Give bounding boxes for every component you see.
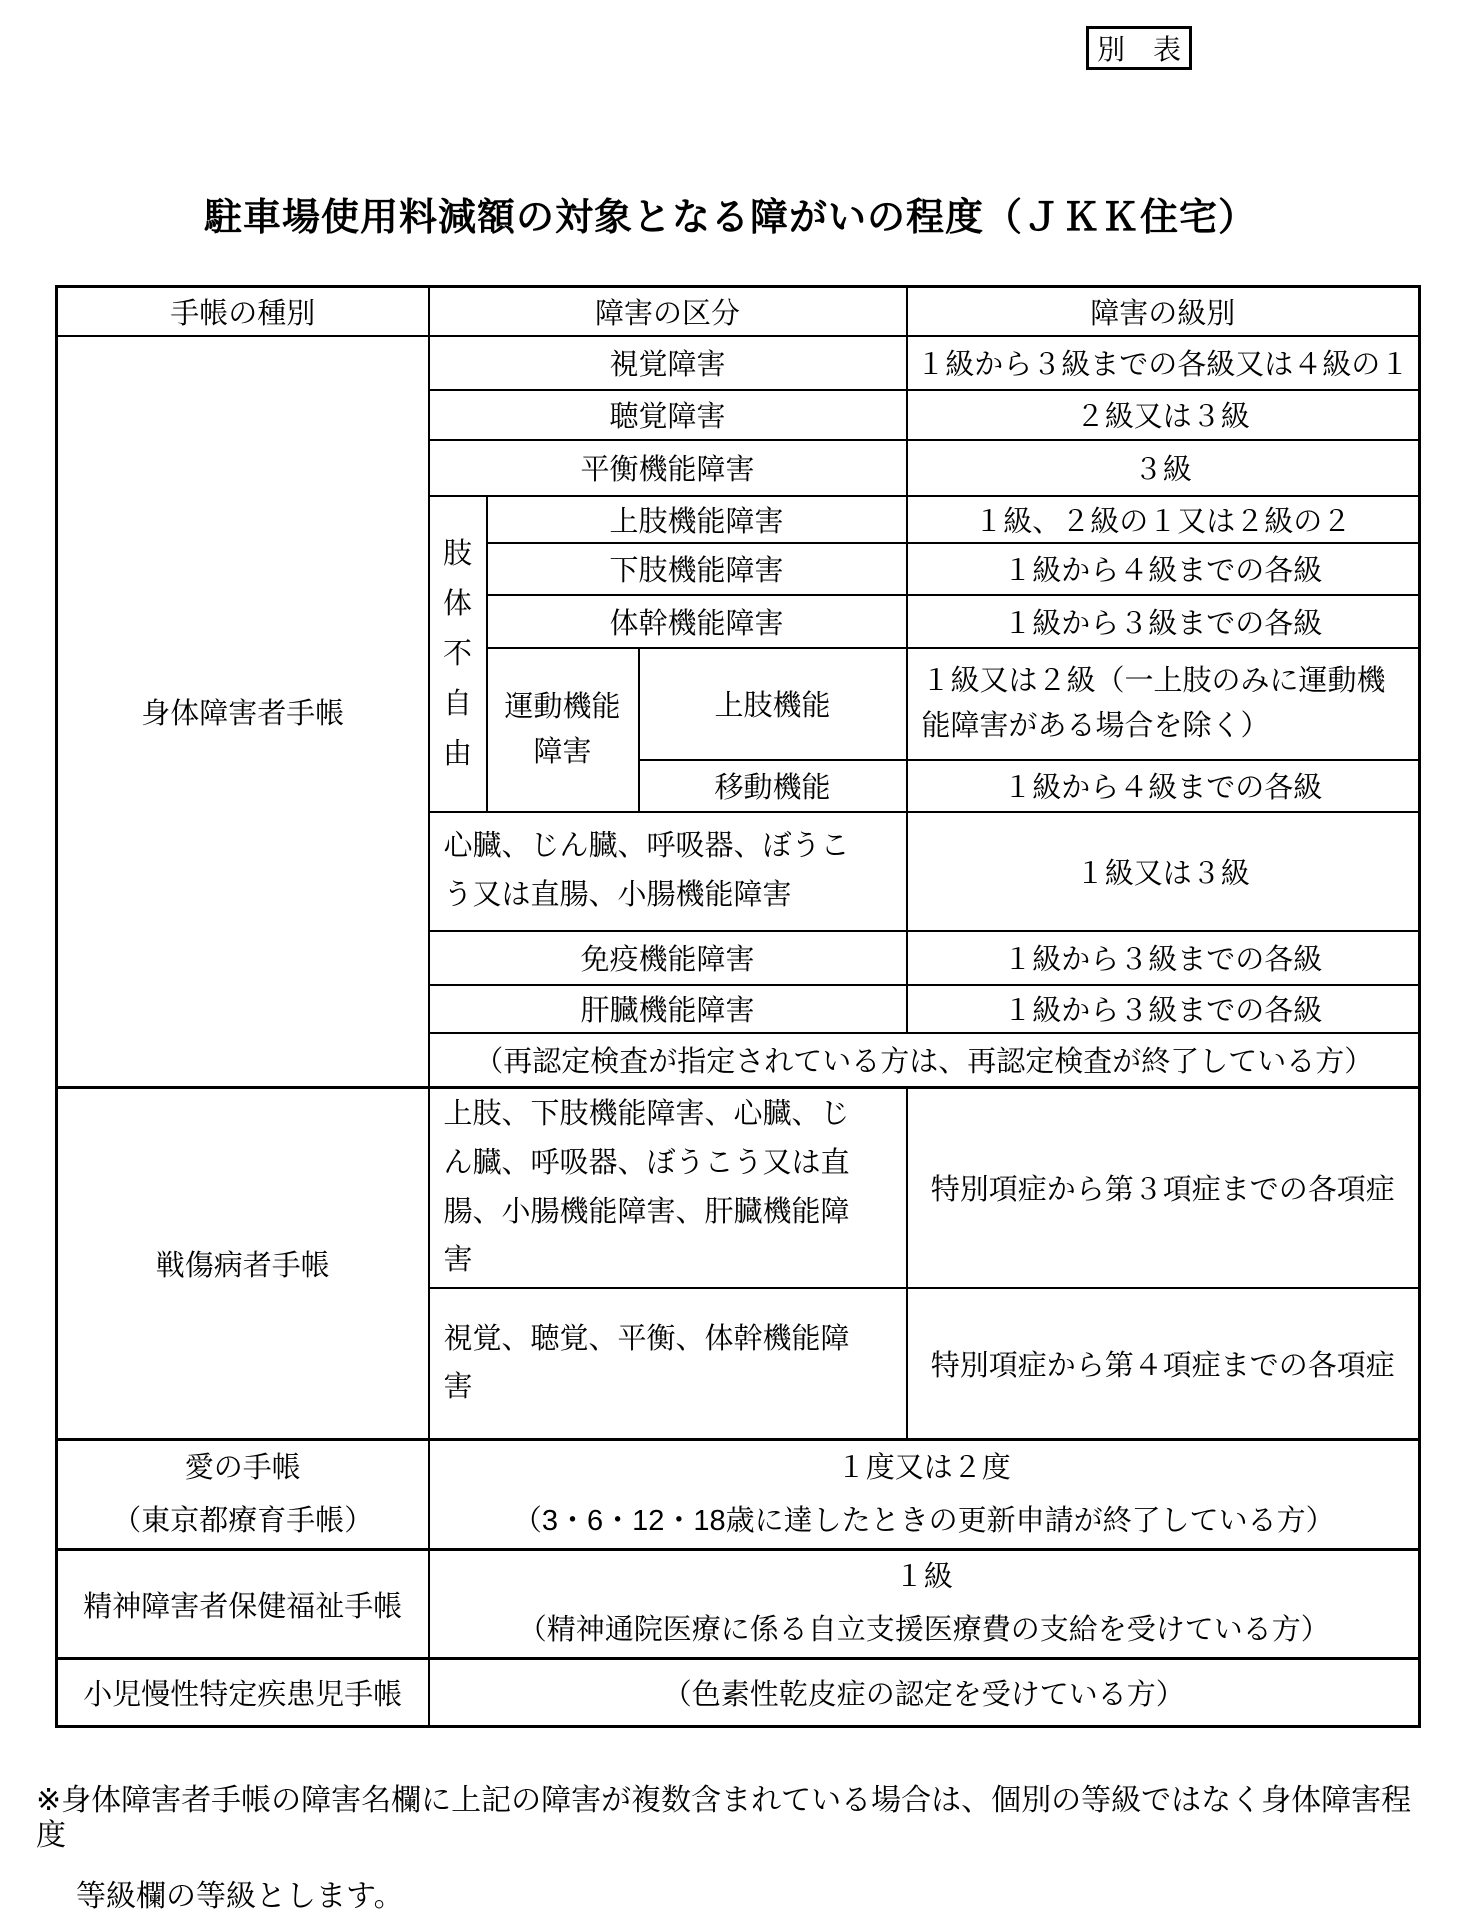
document-page: { "colors": { "background": "#ffffff", "… [0, 0, 1461, 1877]
cell-group-undo-kino: 運動機能障害 [487, 648, 639, 812]
cell-grade-joshi-kino: １級又は２級（一上肢のみに運動機能障害がある場合を除く） [907, 648, 1420, 760]
cell-handbook-shoni: 小児慢性特定疾患児手帳 [57, 1659, 429, 1727]
table-row: 戦傷病者手帳 上肢、下肢機能障害、心臓、じん臓、呼吸器、ぼうこう又は直腸、小腸機… [57, 1088, 1420, 1288]
cell-grade-meneki: １級から３級までの各級 [907, 931, 1420, 985]
cell-grade-shoni: （色素性乾皮症の認定を受けている方） [429, 1659, 1420, 1727]
cell-category-ido-kino: 移動機能 [639, 760, 907, 812]
cell-handbook-shintai: 身体障害者手帳 [57, 336, 429, 1088]
cell-handbook-seishin: 精神障害者保健福祉手帳 [57, 1550, 429, 1659]
page-title: 駐車場使用料減額の対象となる障がいの程度（ＪＫＫ住宅） [0, 0, 1461, 241]
grade-ai-line2: （3・6・12・18歳に達したときの更新申請が終了している方） [430, 1495, 1419, 1548]
cell-grade-ai: １度又は２度 （3・6・12・18歳に達したときの更新申請が終了している方） [429, 1440, 1420, 1550]
cell-grade-joshi: １級、２級の１又は２級の２ [907, 496, 1420, 543]
cell-grade-kanzo: １級から３級までの各級 [907, 985, 1420, 1033]
table-row: 精神障害者保健福祉手帳 １級 （精神通院医療に係る自立支援医療費の支給を受けてい… [57, 1550, 1420, 1659]
cell-group-shitai-fujiyu: 肢体不自由 [429, 496, 487, 812]
attachment-label-box: 別 表 [1086, 26, 1192, 70]
attachment-label: 別 表 [1097, 28, 1181, 68]
cell-category-sensho-2: 視覚、聴覚、平衡、体幹機能障害 [429, 1288, 907, 1440]
cell-category-chokaku: 聴覚障害 [429, 390, 907, 440]
cell-grade-ido-kino: １級から４級までの各級 [907, 760, 1420, 812]
cell-handbook-sensho: 戦傷病者手帳 [57, 1088, 429, 1440]
cell-grade-chokaku: ２級又は３級 [907, 390, 1420, 440]
footnote: ※身体障害者手帳の障害名欄に上記の障害が複数含まれている場合は、個別の等級ではな… [36, 1784, 1425, 1915]
cell-grade-heiko: ３級 [907, 440, 1420, 496]
header-disability-grade: 障害の級別 [907, 287, 1420, 336]
footnote-line2: 等級欄の等級とします。 [36, 1880, 1425, 1915]
cell-category-joshi: 上肢機能障害 [487, 496, 907, 543]
footnote-line1: ※身体障害者手帳の障害名欄に上記の障害が複数含まれている場合は、個別の等級ではな… [36, 1784, 1425, 1853]
cell-grade-taikan: １級から３級までの各級 [907, 595, 1420, 648]
cell-handbook-ai: 愛の手帳 （東京都療育手帳） [57, 1440, 429, 1550]
grade-seishin-line2: （精神通院医療に係る自立支援医療費の支給を受けている方） [430, 1604, 1419, 1657]
cell-category-taikan: 体幹機能障害 [487, 595, 907, 648]
cell-category-naibu: 心臓、じん臓、呼吸器、ぼうこう又は直腸、小腸機能障害 [429, 812, 907, 931]
cell-category-sensho-1: 上肢、下肢機能障害、心臓、じん臓、呼吸器、ぼうこう又は直腸、小腸機能障害、肝臓機… [429, 1088, 907, 1288]
cell-category-joshi-kino: 上肢機能 [639, 648, 907, 760]
grade-ai-line1: １度又は２度 [430, 1442, 1419, 1495]
handbook-ai-line1: 愛の手帳 [58, 1442, 428, 1495]
handbook-ai-line2: （東京都療育手帳） [58, 1495, 428, 1548]
cell-category-shikaku: 視覚障害 [429, 336, 907, 390]
cell-grade-shikaku: １級から３級までの各級又は４級の１ [907, 336, 1420, 390]
grade-seishin-line1: １級 [430, 1551, 1419, 1604]
cell-grade-sensho-1: 特別項症から第３項症までの各項症 [907, 1088, 1420, 1288]
cell-grade-naibu: １級又は３級 [907, 812, 1420, 931]
table-row: 愛の手帳 （東京都療育手帳） １度又は２度 （3・6・12・18歳に達したときの… [57, 1440, 1420, 1550]
cell-category-kanzo: 肝臓機能障害 [429, 985, 907, 1033]
header-handbook-type: 手帳の種別 [57, 287, 429, 336]
disability-grade-table: 手帳の種別 障害の区分 障害の級別 身体障害者手帳 視覚障害 １級から３級までの… [55, 285, 1421, 1728]
table-row: 身体障害者手帳 視覚障害 １級から３級までの各級又は４級の１ [57, 336, 1420, 390]
cell-note-renintei: （再認定検査が指定されている方は、再認定検査が終了している方） [429, 1033, 1420, 1088]
cell-grade-kashi: １級から４級までの各級 [907, 543, 1420, 595]
cell-category-kashi: 下肢機能障害 [487, 543, 907, 595]
cell-grade-sensho-2: 特別項症から第４項症までの各項症 [907, 1288, 1420, 1440]
cell-grade-seishin: １級 （精神通院医療に係る自立支援医療費の支給を受けている方） [429, 1550, 1420, 1659]
table-header-row: 手帳の種別 障害の区分 障害の級別 [57, 287, 1420, 336]
cell-category-meneki: 免疫機能障害 [429, 931, 907, 985]
table-row: 小児慢性特定疾患児手帳 （色素性乾皮症の認定を受けている方） [57, 1659, 1420, 1727]
header-disability-category: 障害の区分 [429, 287, 907, 336]
cell-category-heiko: 平衡機能障害 [429, 440, 907, 496]
